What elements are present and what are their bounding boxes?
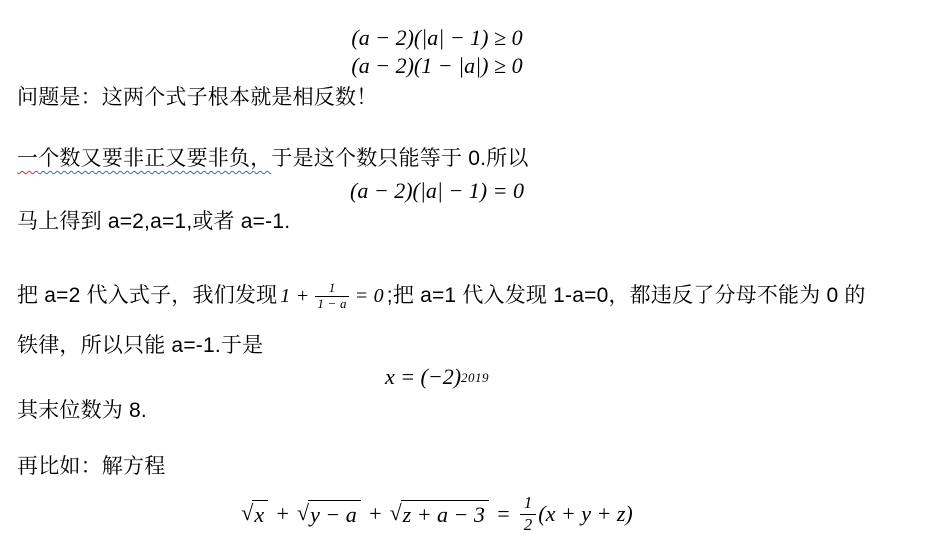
one-half-fraction: 12 — [520, 493, 537, 535]
document-content: (a − 2)(|a| − 1) ≥ 0 (a − 2)(1 − |a|) ≥ … — [17, 0, 857, 547]
sqrt-z-plus-a-minus-3-term: √z + a − 3 — [390, 500, 489, 527]
sqrt-x-term: √x — [241, 500, 268, 527]
subst-text-before: 把 a=2 代入式子，我们发现 — [17, 283, 277, 309]
paragraph-last-digit: 其末位数为 8. — [17, 398, 147, 424]
subst-text-after: ;把 a=1 代入发现 1-a=0，都违反了分母不能为 0 的 — [387, 283, 866, 309]
fraction-numerator: 1 — [520, 493, 537, 513]
power-exponent: 2019 — [461, 370, 489, 385]
paragraph-nonneg-rest: 于是这个数只能等于 0.所以 — [271, 147, 528, 170]
radicand-y-minus-a: y − a — [308, 500, 361, 527]
equation-abs-ge-2: (a − 2)(1 − |a|) ≥ 0 — [17, 52, 857, 80]
equation-power: x = (−2)2019 — [17, 363, 857, 394]
equation-abs-ge-1: (a − 2)(|a| − 1) ≥ 0 — [17, 24, 857, 52]
power-base: x = (−2) — [385, 364, 461, 389]
inline-math-pre: 1 + — [280, 283, 309, 309]
equals-operator: = — [496, 501, 511, 527]
inline-fraction-denominator: 1 − a — [315, 296, 348, 312]
sqrt-y-minus-a-term: √y − a — [297, 500, 361, 527]
inline-fraction-numerator: 1 — [327, 281, 338, 296]
sum-term: (x + y + z) — [538, 501, 632, 527]
document-page: (a − 2)(|a| − 1) ≥ 0 (a − 2)(1 − |a|) ≥ … — [0, 0, 930, 547]
grammarcheck-blue-text: 个数又要非正又要非负， — [38, 147, 271, 170]
radicand-z-plus-a-minus-3: z + a − 3 — [401, 500, 489, 527]
paragraph-nonneg: 一个数又要非正又要非负，于是这个数只能等于 0.所以 — [17, 146, 529, 172]
paragraph-roots: 马上得到 a=2,a=1,或者 a=-1. — [17, 209, 290, 235]
equation-radical: √x + √y − a + √z + a − 3 = 12 (x + y + z… — [17, 488, 857, 540]
plus-operator-2: + — [368, 501, 383, 527]
radicand-x: x — [252, 500, 268, 527]
spellcheck-red-text: 一 — [17, 147, 38, 170]
inline-fraction: 11 − a — [315, 281, 348, 312]
paragraph-example: 再比如：解方程 — [17, 454, 165, 480]
paragraph-substitution: 把 a=2 代入式子，我们发现1 +11 − a= 0;把 a=1 代入发现 1… — [17, 274, 866, 318]
paragraph-rule: 铁律，所以只能 a=-1.于是 — [17, 333, 263, 359]
inline-math-post: = 0 — [355, 283, 384, 309]
paragraph-problem: 问题是：这两个式子根本就是相反数！ — [17, 85, 377, 111]
fraction-denominator: 2 — [520, 514, 537, 535]
plus-operator-1: + — [275, 501, 290, 527]
equation-abs-eq-zero: (a − 2)(|a| − 1) = 0 — [17, 177, 857, 205]
